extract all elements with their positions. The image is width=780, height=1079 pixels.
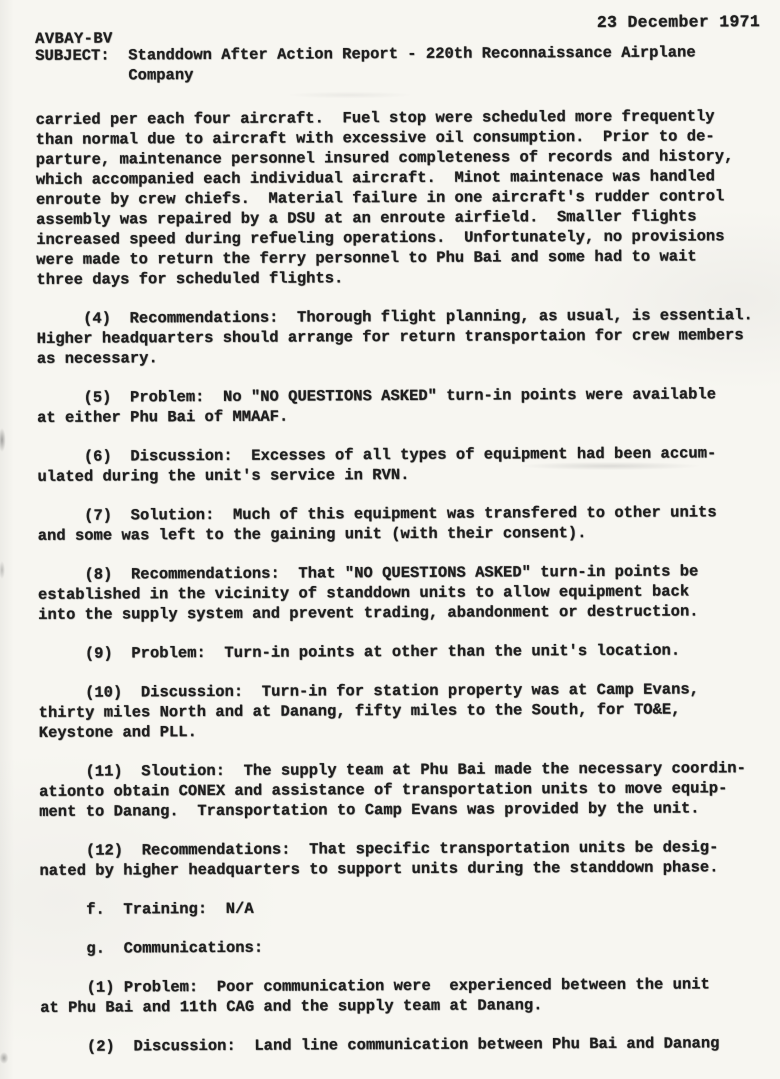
document-date: 23 December 1971: [597, 12, 760, 33]
paragraph: f. Training: N/A: [40, 896, 765, 920]
paragraph: g. Communications:: [40, 935, 765, 959]
paragraph: (5) Problem: No "NO QUESTIONS ASKED" tur…: [37, 384, 762, 428]
paragraph: (9) Problem: Turn-in points at other tha…: [38, 640, 763, 664]
document-header: 23 December 1971 AVBAY-BV SUBJECT: Stand…: [35, 12, 760, 110]
scanned-document-page: 23 December 1971 AVBAY-BV SUBJECT: Stand…: [0, 0, 780, 1079]
paragraph: (8) Recommendations: That "NO QUESTIONS …: [38, 561, 763, 625]
text-line: thirty miles North and at Danang, fifty …: [39, 699, 764, 723]
text-line: and some was left to the gaining unit (w…: [38, 522, 763, 546]
text-line: (2) Discussion: Land line communication …: [40, 1033, 765, 1057]
document-body: carried per each four aircraft. Fuel sto…: [35, 106, 765, 1057]
paragraph: carried per each four aircraft. Fuel sto…: [35, 106, 761, 290]
document-content: 23 December 1971 AVBAY-BV SUBJECT: Stand…: [35, 12, 765, 1057]
paragraph: (10) Discussion: Turn-in for station pro…: [38, 679, 763, 743]
text-line: g. Communications:: [40, 935, 765, 959]
text-line: (9) Problem: Turn-in points at other tha…: [38, 640, 763, 664]
text-line: f. Training: N/A: [40, 896, 765, 920]
text-line: into the supply system and prevent tradi…: [38, 601, 763, 625]
text-line: at Phu Bai and 11th CAG and the supply t…: [40, 994, 765, 1018]
text-line: (7) Solution: Much of this equipment was…: [38, 502, 763, 526]
text-line: nated by higher headquarters to support …: [39, 857, 764, 881]
paragraph: (11) Sloution: The supply team at Phu Ba…: [39, 758, 764, 822]
subject-block: SUBJECT: Standdown After Action Report -…: [35, 42, 696, 85]
paragraph: (6) Discussion: Excesses of all types of…: [37, 443, 762, 487]
text-line: were made to return the ferry personnel …: [36, 246, 761, 270]
text-line: (6) Discussion: Excesses of all types of…: [37, 443, 762, 467]
subject-line: Company: [35, 62, 696, 85]
text-line: (5) Problem: No "NO QUESTIONS ASKED" tur…: [37, 384, 762, 408]
paragraph: (4) Recommendations: Thorough flight pla…: [37, 305, 762, 369]
text-line: Keystone and PLL.: [39, 719, 764, 743]
text-line: ment to Danang. Transportation to Camp E…: [39, 798, 764, 822]
text-line: (1) Problem: Poor communication were exp…: [40, 974, 765, 998]
subject-line: SUBJECT: Standdown After Action Report -…: [35, 42, 696, 65]
text-line: as necessary.: [37, 345, 762, 369]
text-line: ulated during the unit's service in RVN.: [37, 463, 762, 487]
paragraph: (12) Recommendations: That specific tran…: [39, 837, 764, 881]
text-line: three days for scheduled flights.: [36, 266, 761, 290]
paragraph: (1) Problem: Poor communication were exp…: [40, 974, 765, 1018]
text-line: at either Phu Bai of MMAAF.: [37, 404, 762, 428]
text-line: Higher headquarters should arrange for r…: [37, 325, 762, 349]
paragraph: (7) Solution: Much of this equipment was…: [38, 502, 763, 546]
paragraph: (2) Discussion: Land line communication …: [40, 1033, 765, 1057]
